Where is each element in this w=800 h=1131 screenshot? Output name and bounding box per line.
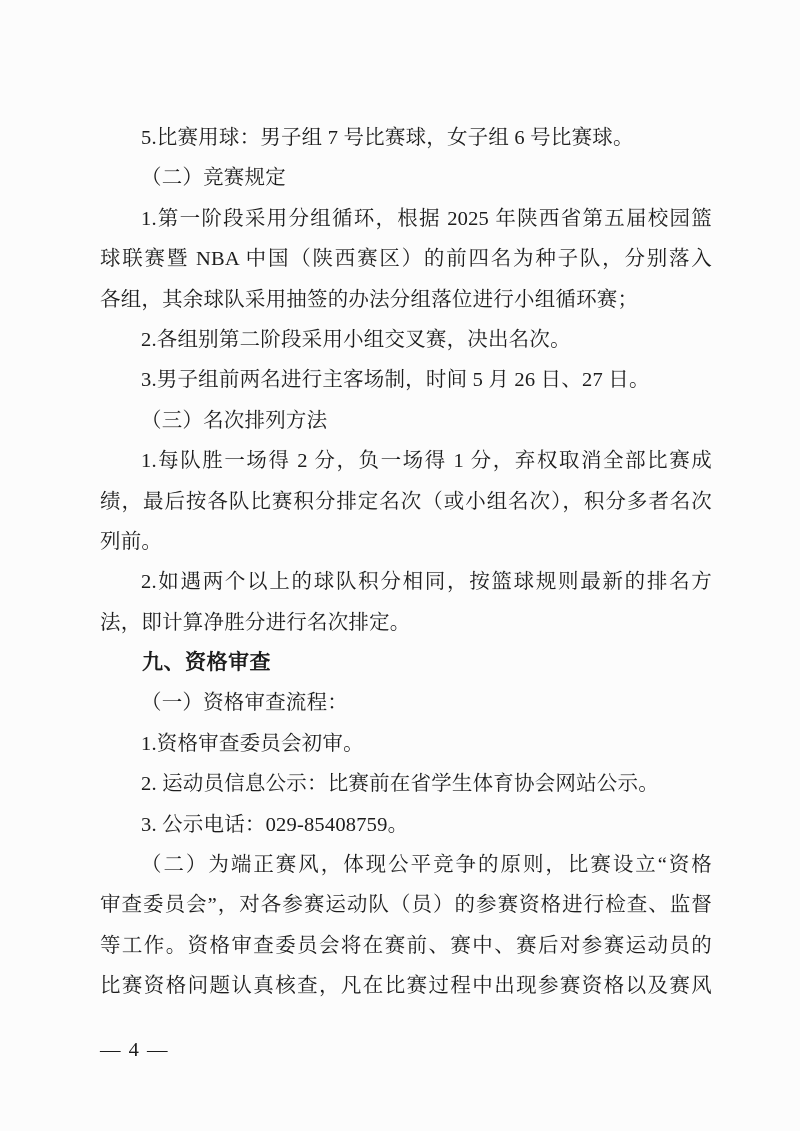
- text-line: 3.男子组前两名进行主客场制，时间 5 月 26 日、27 日。: [100, 360, 712, 400]
- text-line: 1.每队胜一场得 2 分，负一场得 1 分，弃权取消全部比赛成: [100, 441, 712, 481]
- text-line: （三）名次排列方法: [100, 401, 712, 441]
- text-line: 各组，其余球队采用抽签的办法分组落位进行小组循环赛；: [100, 280, 712, 320]
- text-line: （一）资格审查流程：: [100, 683, 712, 723]
- text-line: 列前。: [100, 522, 712, 562]
- page-number: — 4 —: [100, 1038, 169, 1062]
- section-heading: 九、资格审查: [100, 643, 712, 683]
- text-line: 球联赛暨 NBA 中国（陕西赛区）的前四名为种子队，分别落入: [100, 239, 712, 279]
- text-line: 绩，最后按各队比赛积分排定名次（或小组名次），积分多者名次: [100, 482, 712, 522]
- text-line: （二）为端正赛风，体现公平竞争的原则，比赛设立“资格: [100, 845, 712, 885]
- document-body: 5.比赛用球：男子组 7 号比赛球，女子组 6 号比赛球。（二）竞赛规定1.第一…: [100, 118, 712, 1007]
- text-line: 法，即计算净胜分进行名次排定。: [100, 603, 712, 643]
- text-line: 1.资格审查委员会初审。: [100, 724, 712, 764]
- text-line: （二）竞赛规定: [100, 158, 712, 198]
- text-line: 2. 运动员信息公示：比赛前在省学生体育协会网站公示。: [100, 764, 712, 804]
- text-line: 等工作。资格审查委员会将在赛前、赛中、赛后对参赛运动员的: [100, 926, 712, 966]
- text-line: 5.比赛用球：男子组 7 号比赛球，女子组 6 号比赛球。: [100, 118, 712, 158]
- text-line: 2.各组别第二阶段采用小组交叉赛，决出名次。: [100, 320, 712, 360]
- text-line: 3. 公示电话：029-85408759。: [100, 805, 712, 845]
- text-line: 比赛资格问题认真核查，凡在比赛过程中出现参赛资格以及赛风: [100, 966, 712, 1006]
- text-line: 审查委员会”，对各参赛运动队（员）的参赛资格进行检查、监督: [100, 885, 712, 925]
- text-line: 1.第一阶段采用分组循环，根据 2025 年陕西省第五届校园篮: [100, 199, 712, 239]
- text-line: 2.如遇两个以上的球队积分相同，按篮球规则最新的排名方: [100, 562, 712, 602]
- document-page: 5.比赛用球：男子组 7 号比赛球，女子组 6 号比赛球。（二）竞赛规定1.第一…: [0, 0, 800, 1131]
